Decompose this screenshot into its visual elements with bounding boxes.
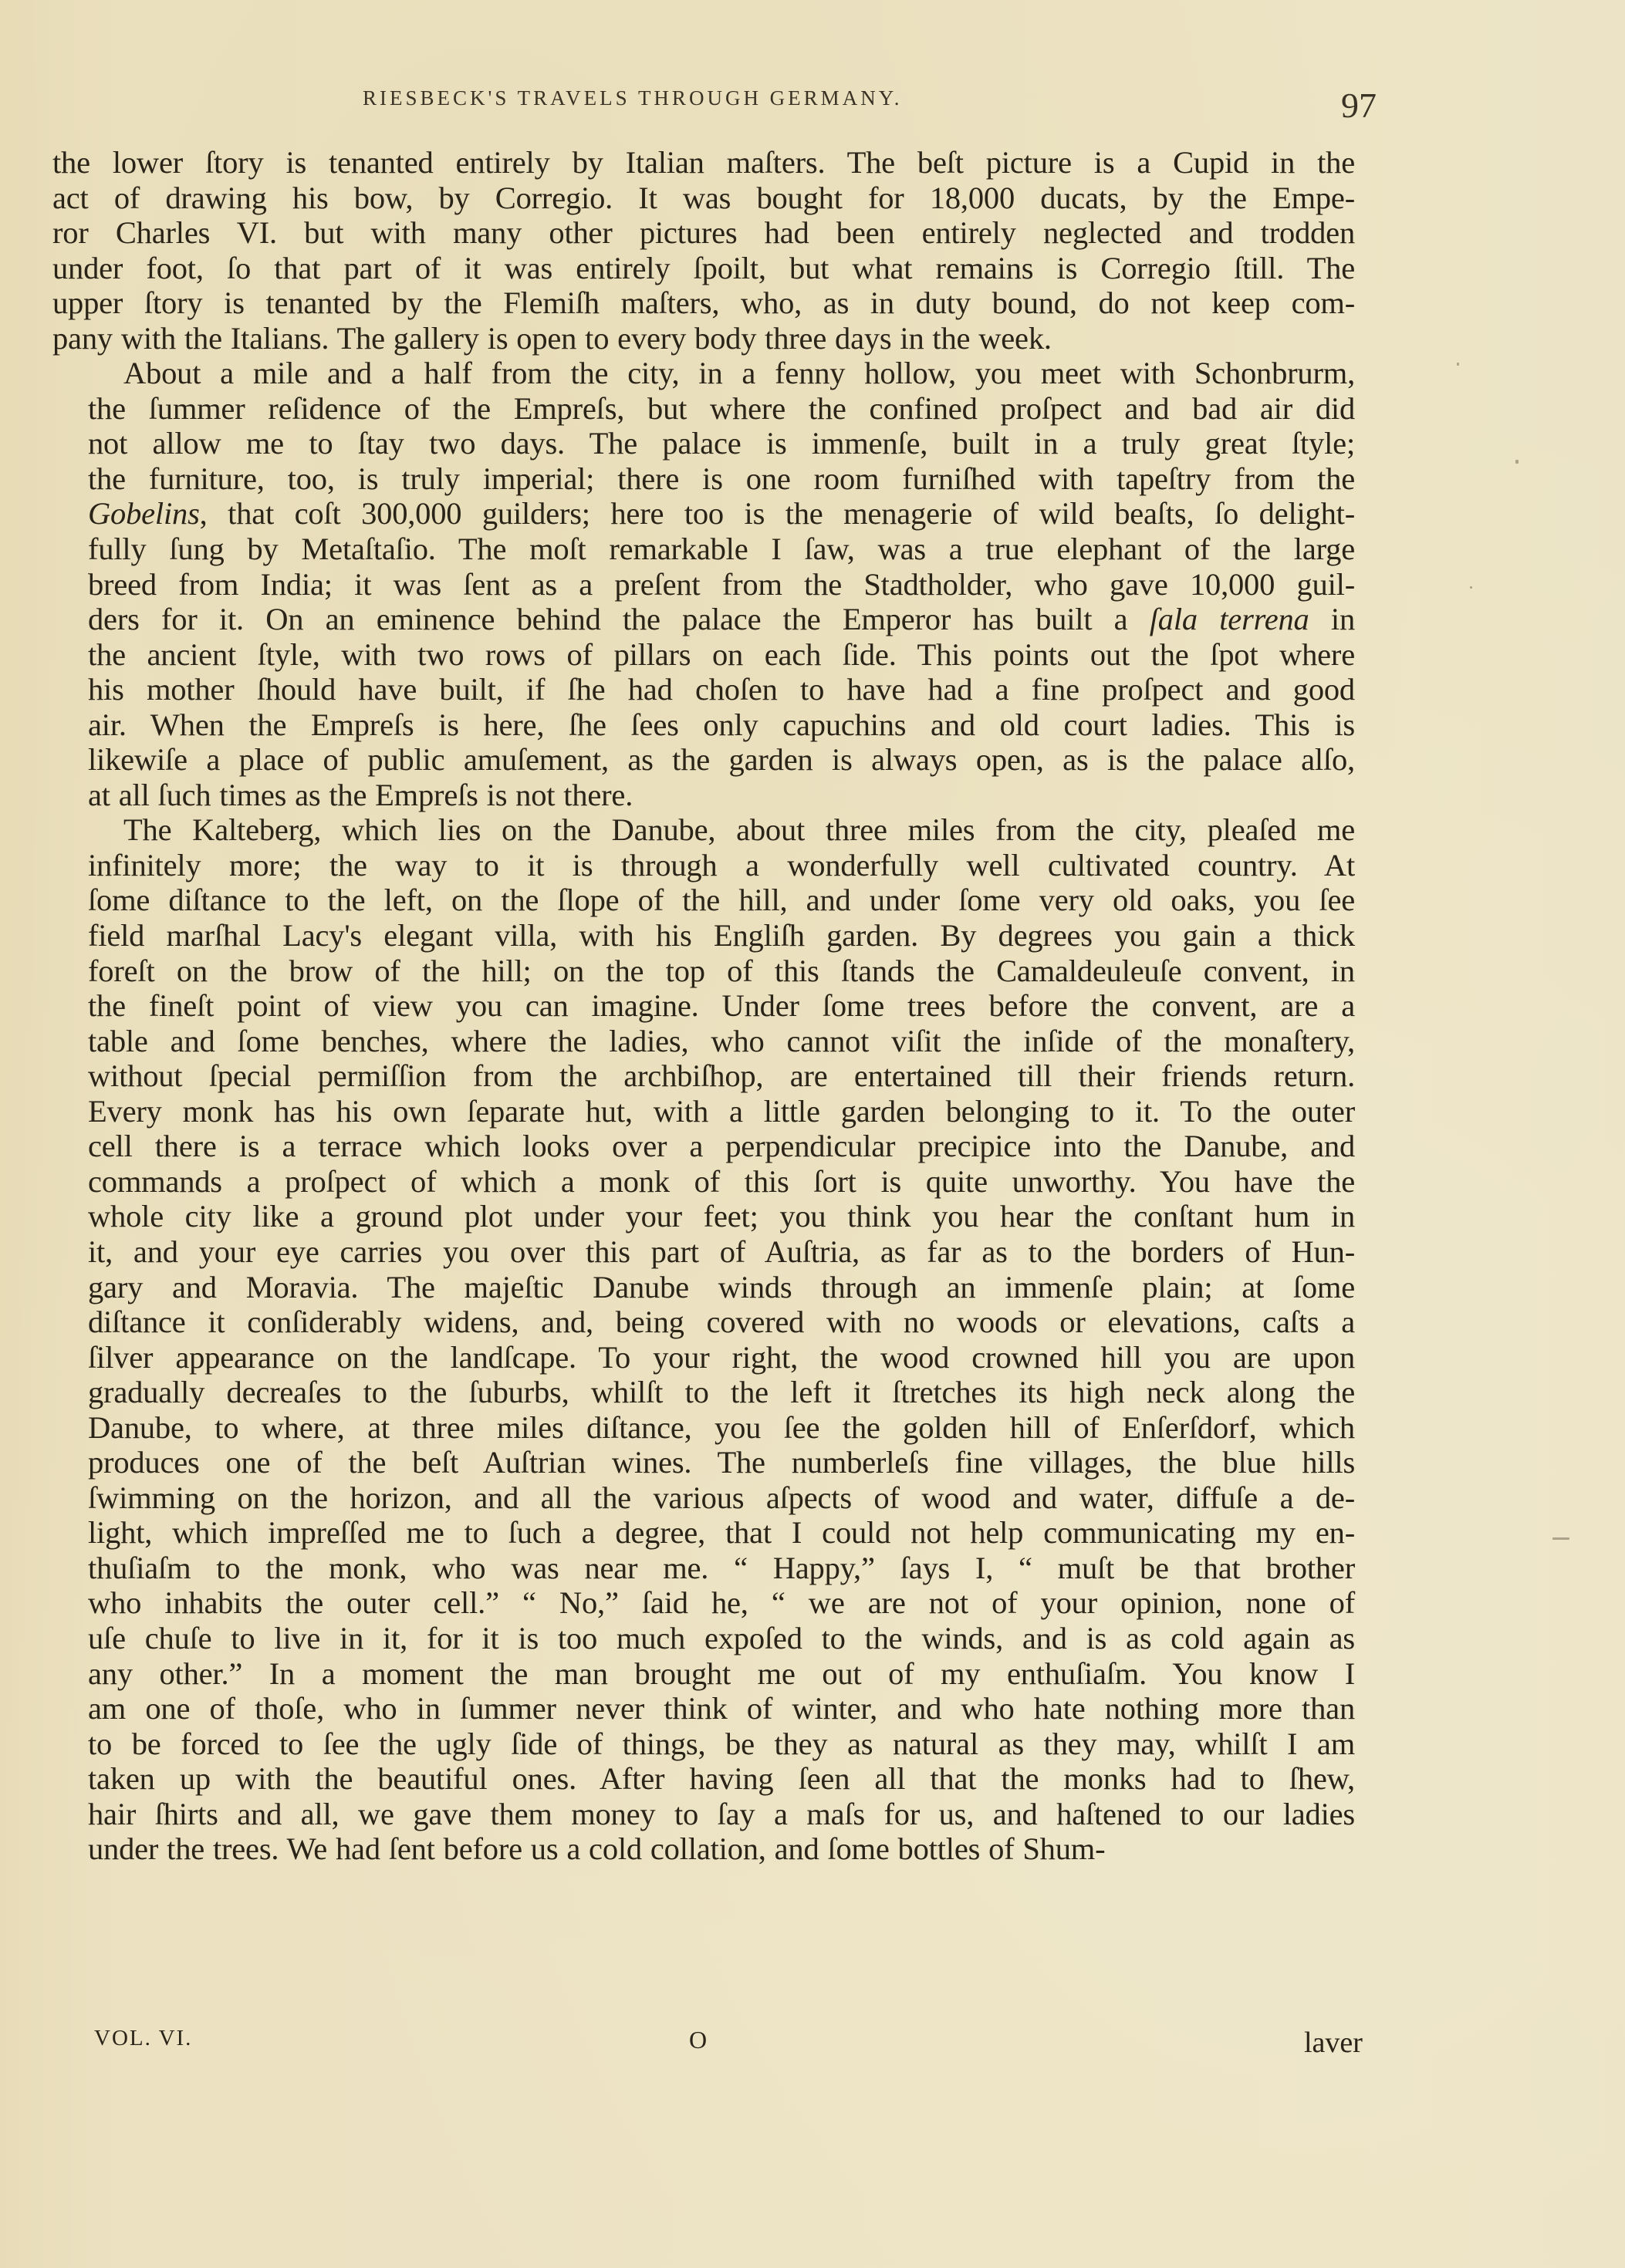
page-footer: VOL. VI. O laver: [0, 2026, 1625, 2064]
italic-term: Gobelins: [88, 496, 200, 531]
text-line: not allow me to ſtay two days. The palac…: [52, 426, 1355, 461]
text-line: pany with the Italians. The gallery is o…: [52, 321, 1355, 356]
text-line: who inhabits the outer cell.” “ No,” ſai…: [52, 1585, 1355, 1621]
text-line: his mother ſhould have built, if ſhe had…: [52, 672, 1355, 707]
signature-mark: O: [689, 2026, 707, 2054]
text-line: thuſiaſm to the monk, who was near me. “…: [52, 1551, 1355, 1586]
text-line: The Kalteberg, which lies on the Danube,…: [52, 812, 1355, 848]
text-line: air. When the Empreſs is here, ſhe ſees …: [52, 707, 1355, 743]
text-line: foreſt on the brow of the hill; on the t…: [52, 953, 1355, 989]
text-line: Danube, to where, at three miles diſtanc…: [52, 1410, 1355, 1446]
text-line: act of drawing his bow, by Corregio. It …: [52, 181, 1355, 216]
text-line: cell there is a terrace which looks over…: [52, 1129, 1355, 1164]
text-line: to be forced to ſee the ugly ſide of thi…: [52, 1726, 1355, 1762]
text-line: About a mile and a half from the city, i…: [52, 356, 1355, 391]
paper-blemish: [1515, 460, 1519, 464]
text-line: hair ſhirts and all, we gave them money …: [52, 1797, 1355, 1832]
body-text: the lower ſtory is tenanted entirely by …: [52, 145, 1355, 1867]
paper-blemish: [1457, 363, 1459, 366]
text-line: ſwimming on the horizon, and all the var…: [52, 1480, 1355, 1516]
text-line: infinitely more; the way to it is throug…: [52, 848, 1355, 883]
text-line: table and ſome benches, where the ladies…: [52, 1024, 1355, 1059]
text-line: Gobelins, that coſt 300,000 guilders; he…: [52, 496, 1355, 532]
text-line: light, which impreſſed me to ſuch a degr…: [52, 1515, 1355, 1551]
paper-blemish: [1470, 586, 1472, 589]
text-line: ror Charles VI. but with many other pict…: [52, 215, 1355, 251]
text-line: the ancient ſtyle, with two rows of pill…: [52, 637, 1355, 673]
paragraph: the lower ſtory is tenanted entirely by …: [52, 145, 1355, 356]
text-line: am one of thoſe, who in ſummer never thi…: [52, 1691, 1355, 1726]
text-line: whole city like a ground plot under your…: [52, 1199, 1355, 1234]
text-line: ſome diſtance to the left, on the ſlope …: [52, 883, 1355, 918]
page-number: 97: [1341, 85, 1377, 126]
book-page: Riesbeck's Travels through Germany. 97 t…: [0, 0, 1625, 2268]
text-line: any other.” In a moment the man brought …: [52, 1656, 1355, 1692]
paragraph: About a mile and a half from the city, i…: [52, 356, 1355, 812]
text-line: under the trees. We had ſent before us a…: [52, 1831, 1355, 1867]
text-line: likewiſe a place of public amuſement, as…: [52, 742, 1355, 778]
text-line: commands a proſpect of which a monk of t…: [52, 1164, 1355, 1200]
text-line: it, and your eye carries you over this p…: [52, 1234, 1355, 1270]
text-line: uſe chuſe to live in it, for it is too m…: [52, 1621, 1355, 1656]
text-line: upper ſtory is tenanted by the Flemiſh m…: [52, 285, 1355, 321]
text-line: the furniture, too, is truly imperial; t…: [52, 461, 1355, 497]
text-line: taken up with the beautiful ones. After …: [52, 1761, 1355, 1797]
text-line: produces one of the beſt Auſtrian wines.…: [52, 1445, 1355, 1480]
text-line: gary and Moravia. The majeſtic Danube wi…: [52, 1270, 1355, 1305]
text-line: field marſhal Lacy's elegant villa, with…: [52, 918, 1355, 953]
text-line: gradually decreaſes to the ſuburbs, whil…: [52, 1375, 1355, 1410]
text-line: the lower ſtory is tenanted entirely by …: [52, 145, 1355, 181]
paper-blemish: [1552, 1537, 1569, 1540]
text-line: under foot, ſo that part of it was entir…: [52, 251, 1355, 286]
text-line: without ſpecial permiſſion from the arch…: [52, 1058, 1355, 1094]
text-line: Every monk has his own ſeparate hut, wit…: [52, 1094, 1355, 1129]
text-line: the ſummer reſidence of the Empreſs, but…: [52, 391, 1355, 427]
text-line: the fineſt point of view you can imagine…: [52, 988, 1355, 1024]
text-line: diſtance it conſiderably widens, and, be…: [52, 1304, 1355, 1340]
text-line: breed from India; it was ſent as a preſe…: [52, 567, 1355, 602]
running-head: Riesbeck's Travels through Germany.: [363, 86, 902, 110]
text-line: at all ſuch times as the Empreſs is not …: [52, 778, 1355, 813]
text-line: ſilver appearance on the landſcape. To y…: [52, 1340, 1355, 1375]
volume-label: VOL. VI.: [94, 2026, 192, 2051]
paragraph: The Kalteberg, which lies on the Danube,…: [52, 812, 1355, 1866]
catchword: laver: [1304, 2026, 1363, 2060]
text-line: ders for it. On an eminence behind the p…: [52, 602, 1355, 637]
italic-term: ſala terrena: [1150, 602, 1309, 636]
text-line: fully ſung by Metaſtaſio. The moſt remar…: [52, 532, 1355, 567]
